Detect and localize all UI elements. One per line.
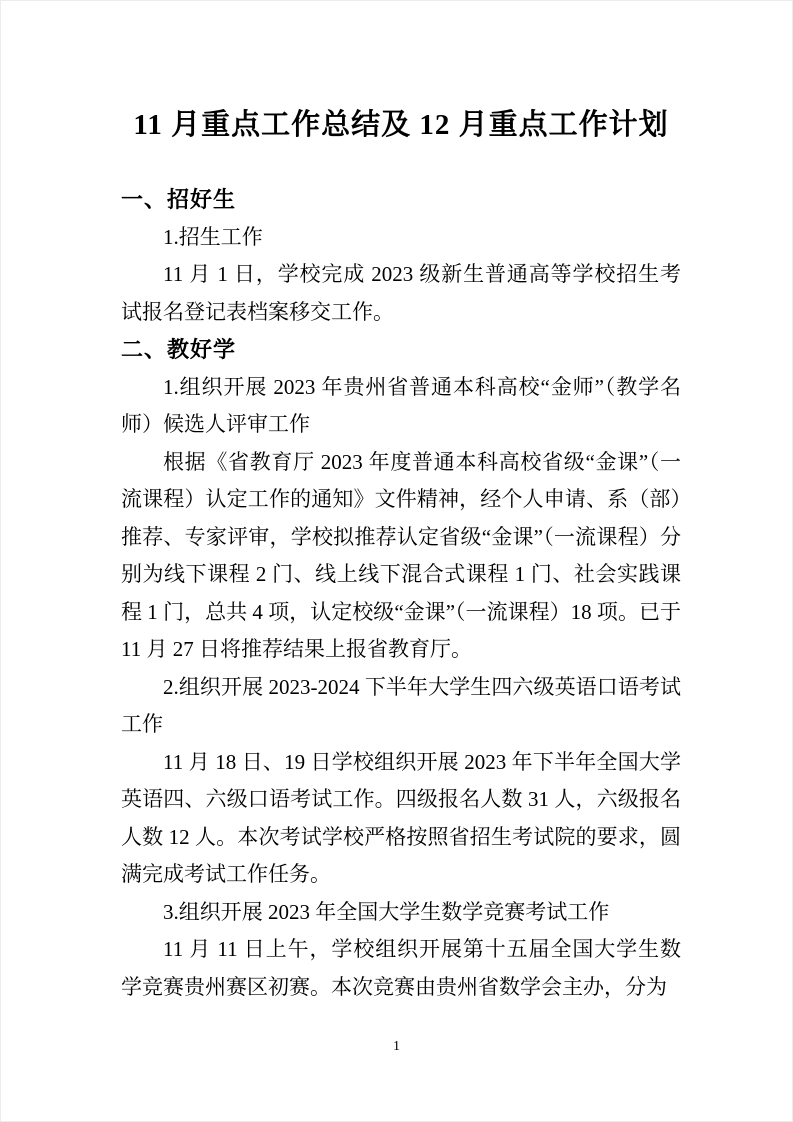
subheading-paragraph: 1.组织开展 2023 年贵州省普通本科高校“金师”（教学名师）候选人评审工作	[121, 369, 681, 444]
section-teaching: 二、教好学 1.组织开展 2023 年贵州省普通本科高校“金师”（教学名师）候选…	[121, 331, 681, 1006]
section-heading-recruitment: 一、招好生	[121, 181, 681, 219]
subheading-paragraph: 3.组织开展 2023 年全国大学生数学竞赛考试工作	[121, 894, 681, 932]
body-paragraph: 11 月 11 日上午，学校组织开展第十五届全国大学生数学竞赛贵州赛区初赛。本次…	[121, 931, 681, 1006]
body-paragraph: 11 月 1 日，学校完成 2023 级新生普通高等学校招生考试报名登记表档案移…	[121, 256, 681, 331]
page-number: 1	[1, 1037, 792, 1057]
body-paragraph: 11 月 18 日、19 日学校组织开展 2023 年下半年全国大学英语四、六级…	[121, 744, 681, 894]
section-recruitment: 一、招好生 1.招生工作 11 月 1 日，学校完成 2023 级新生普通高等学…	[121, 181, 681, 331]
document-title: 11 月重点工作总结及 12 月重点工作计划	[121, 103, 681, 147]
subheading-paragraph: 2.组织开展 2023-2024 下半年大学生四六级英语口语考试工作	[121, 669, 681, 744]
subheading-paragraph: 1.招生工作	[121, 219, 681, 257]
body-paragraph: 根据《省教育厅 2023 年度普通本科高校省级“金课”（一流课程）认定工作的通知…	[121, 444, 681, 669]
section-heading-teaching: 二、教好学	[121, 331, 681, 369]
document-page: 11 月重点工作总结及 12 月重点工作计划 一、招好生 1.招生工作 11 月…	[0, 0, 793, 1122]
